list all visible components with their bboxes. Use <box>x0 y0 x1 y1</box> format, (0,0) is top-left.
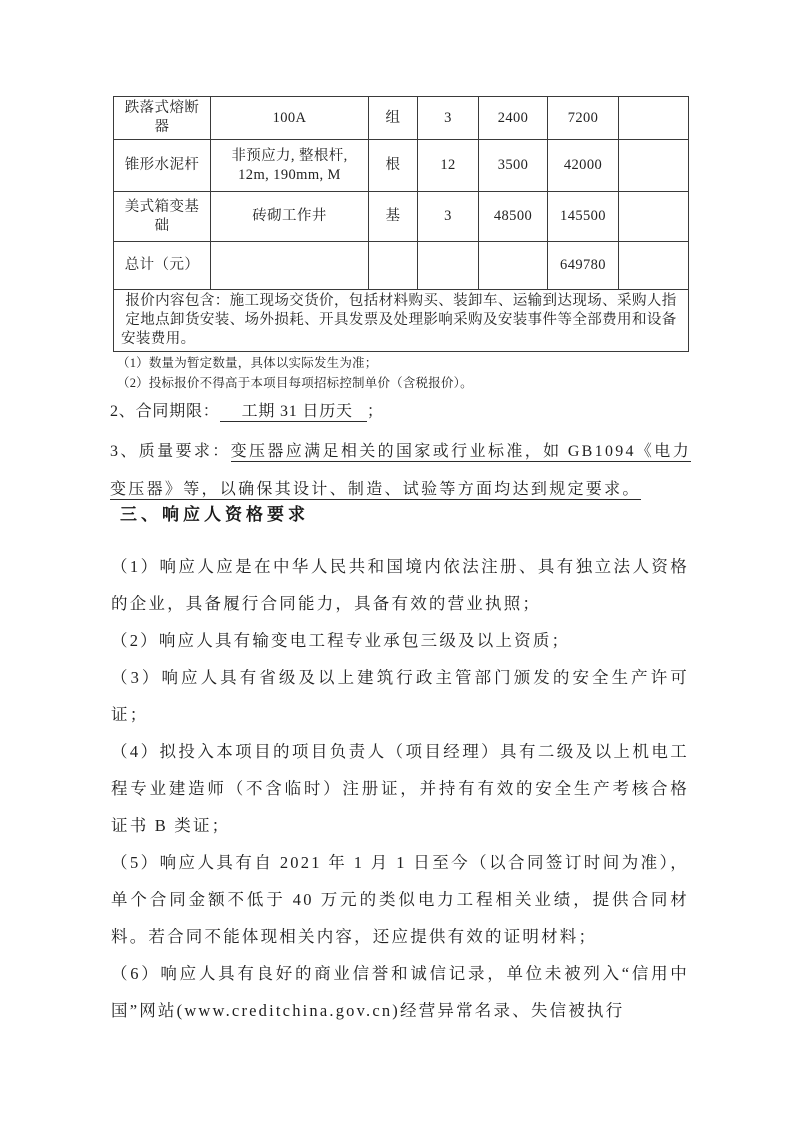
note-line-2: （2）投标报价不得高于本项目每项招标控制单价（含税报价）。 <box>117 373 677 393</box>
unit-price-cell <box>479 242 548 290</box>
qualification-list: （1）响应人应是在中华人民共和国境内依法注册、具有独立法人资格的企业，具备履行合… <box>111 548 689 1029</box>
contract-period-clause: 2、合同期限：工期 31 日历天； <box>110 399 690 425</box>
qualification-item-2: （2）响应人具有输变电工程专业承包三级及以上资质； <box>111 622 689 659</box>
remark-cell <box>619 97 689 140</box>
quantity-cell <box>418 242 479 290</box>
spec-cell: 砖砌工作井 <box>211 192 369 242</box>
qualification-item-3: （3）响应人具有省级及以上建筑行政主管部门颁发的安全生产许可证； <box>111 659 689 733</box>
unit-price-cell: 3500 <box>479 140 548 192</box>
spec-cell <box>211 242 369 290</box>
spec-cell: 非预应力, 整根杆, 12m, 190mm, M <box>211 140 369 192</box>
qualification-item-5: （5）响应人具有自 2021 年 1 月 1 日至今（以合同签订时间为准），单个… <box>111 844 689 955</box>
contract-period-label: 2、合同期限： <box>110 403 220 420</box>
quantity-cell: 12 <box>418 140 479 192</box>
remark-cell <box>619 192 689 242</box>
item-name-cell: 美式箱变基础 <box>114 192 211 242</box>
qualification-item-1: （1）响应人应是在中华人民共和国境内依法注册、具有独立法人资格的企业，具备履行合… <box>111 548 689 622</box>
quantity-cell: 3 <box>418 192 479 242</box>
unit-cell <box>369 242 418 290</box>
qualification-item-4: （4）拟投入本项目的项目负责人（项目经理）具有二级及以上机电工程专业建造师（不含… <box>111 733 689 844</box>
item-name-cell: 跌落式熔断器 <box>114 97 211 140</box>
qualification-section-heading: 三、响应人资格要求 <box>120 503 309 527</box>
table-row: 锥形水泥杆 非预应力, 整根杆, 12m, 190mm, M 根 12 3500… <box>114 140 689 192</box>
table-row: 美式箱变基础 砖砌工作井 基 3 48500 145500 <box>114 192 689 242</box>
quote-scope-note: 报价内容包含：施工现场交货价，包括材料购买、装卸车、运输到达现场、采购人指定地点… <box>114 290 689 352</box>
spec-cell: 100A <box>211 97 369 140</box>
quantity-cell: 3 <box>418 97 479 140</box>
unit-price-cell: 48500 <box>479 192 548 242</box>
total-label-cell: 总计（元） <box>114 242 211 290</box>
grand-total-cell: 649780 <box>548 242 619 290</box>
note-line-1: （1）数量为暂定数量，具体以实际发生为准； <box>117 353 677 373</box>
price-table: 跌落式熔断器 100A 组 3 2400 7200 锥形水泥杆 非预应力, 整根… <box>113 96 689 352</box>
remark-cell <box>619 140 689 192</box>
quality-requirement-clause: 3、质量要求：变压器应满足相关的国家或行业标准，如 GB1094《电力变压器》等… <box>110 433 691 509</box>
qualification-item-6: （6）响应人具有良好的商业信誉和诚信记录，单位未被列入“信用中国”网站(www.… <box>111 955 689 1029</box>
amount-cell: 7200 <box>548 97 619 140</box>
table-footer-row: 报价内容包含：施工现场交货价，包括材料购买、装卸车、运输到达现场、采购人指定地点… <box>114 290 689 352</box>
remark-cell <box>619 242 689 290</box>
contract-period-value: 工期 31 日历天 <box>220 403 367 422</box>
contract-period-suffix: ； <box>367 403 384 420</box>
table-notes: （1）数量为暂定数量，具体以实际发生为准； （2）投标报价不得高于本项目每项招标… <box>117 353 677 393</box>
quality-label: 3、质量要求： <box>110 443 231 460</box>
unit-price-cell: 2400 <box>479 97 548 140</box>
amount-cell: 145500 <box>548 192 619 242</box>
unit-cell: 基 <box>369 192 418 242</box>
unit-cell: 组 <box>369 97 418 140</box>
total-row: 总计（元） 649780 <box>114 242 689 290</box>
document-page: 跌落式熔断器 100A 组 3 2400 7200 锥形水泥杆 非预应力, 整根… <box>0 0 800 1132</box>
amount-cell: 42000 <box>548 140 619 192</box>
table-row: 跌落式熔断器 100A 组 3 2400 7200 <box>114 97 689 140</box>
unit-cell: 根 <box>369 140 418 192</box>
item-name-cell: 锥形水泥杆 <box>114 140 211 192</box>
